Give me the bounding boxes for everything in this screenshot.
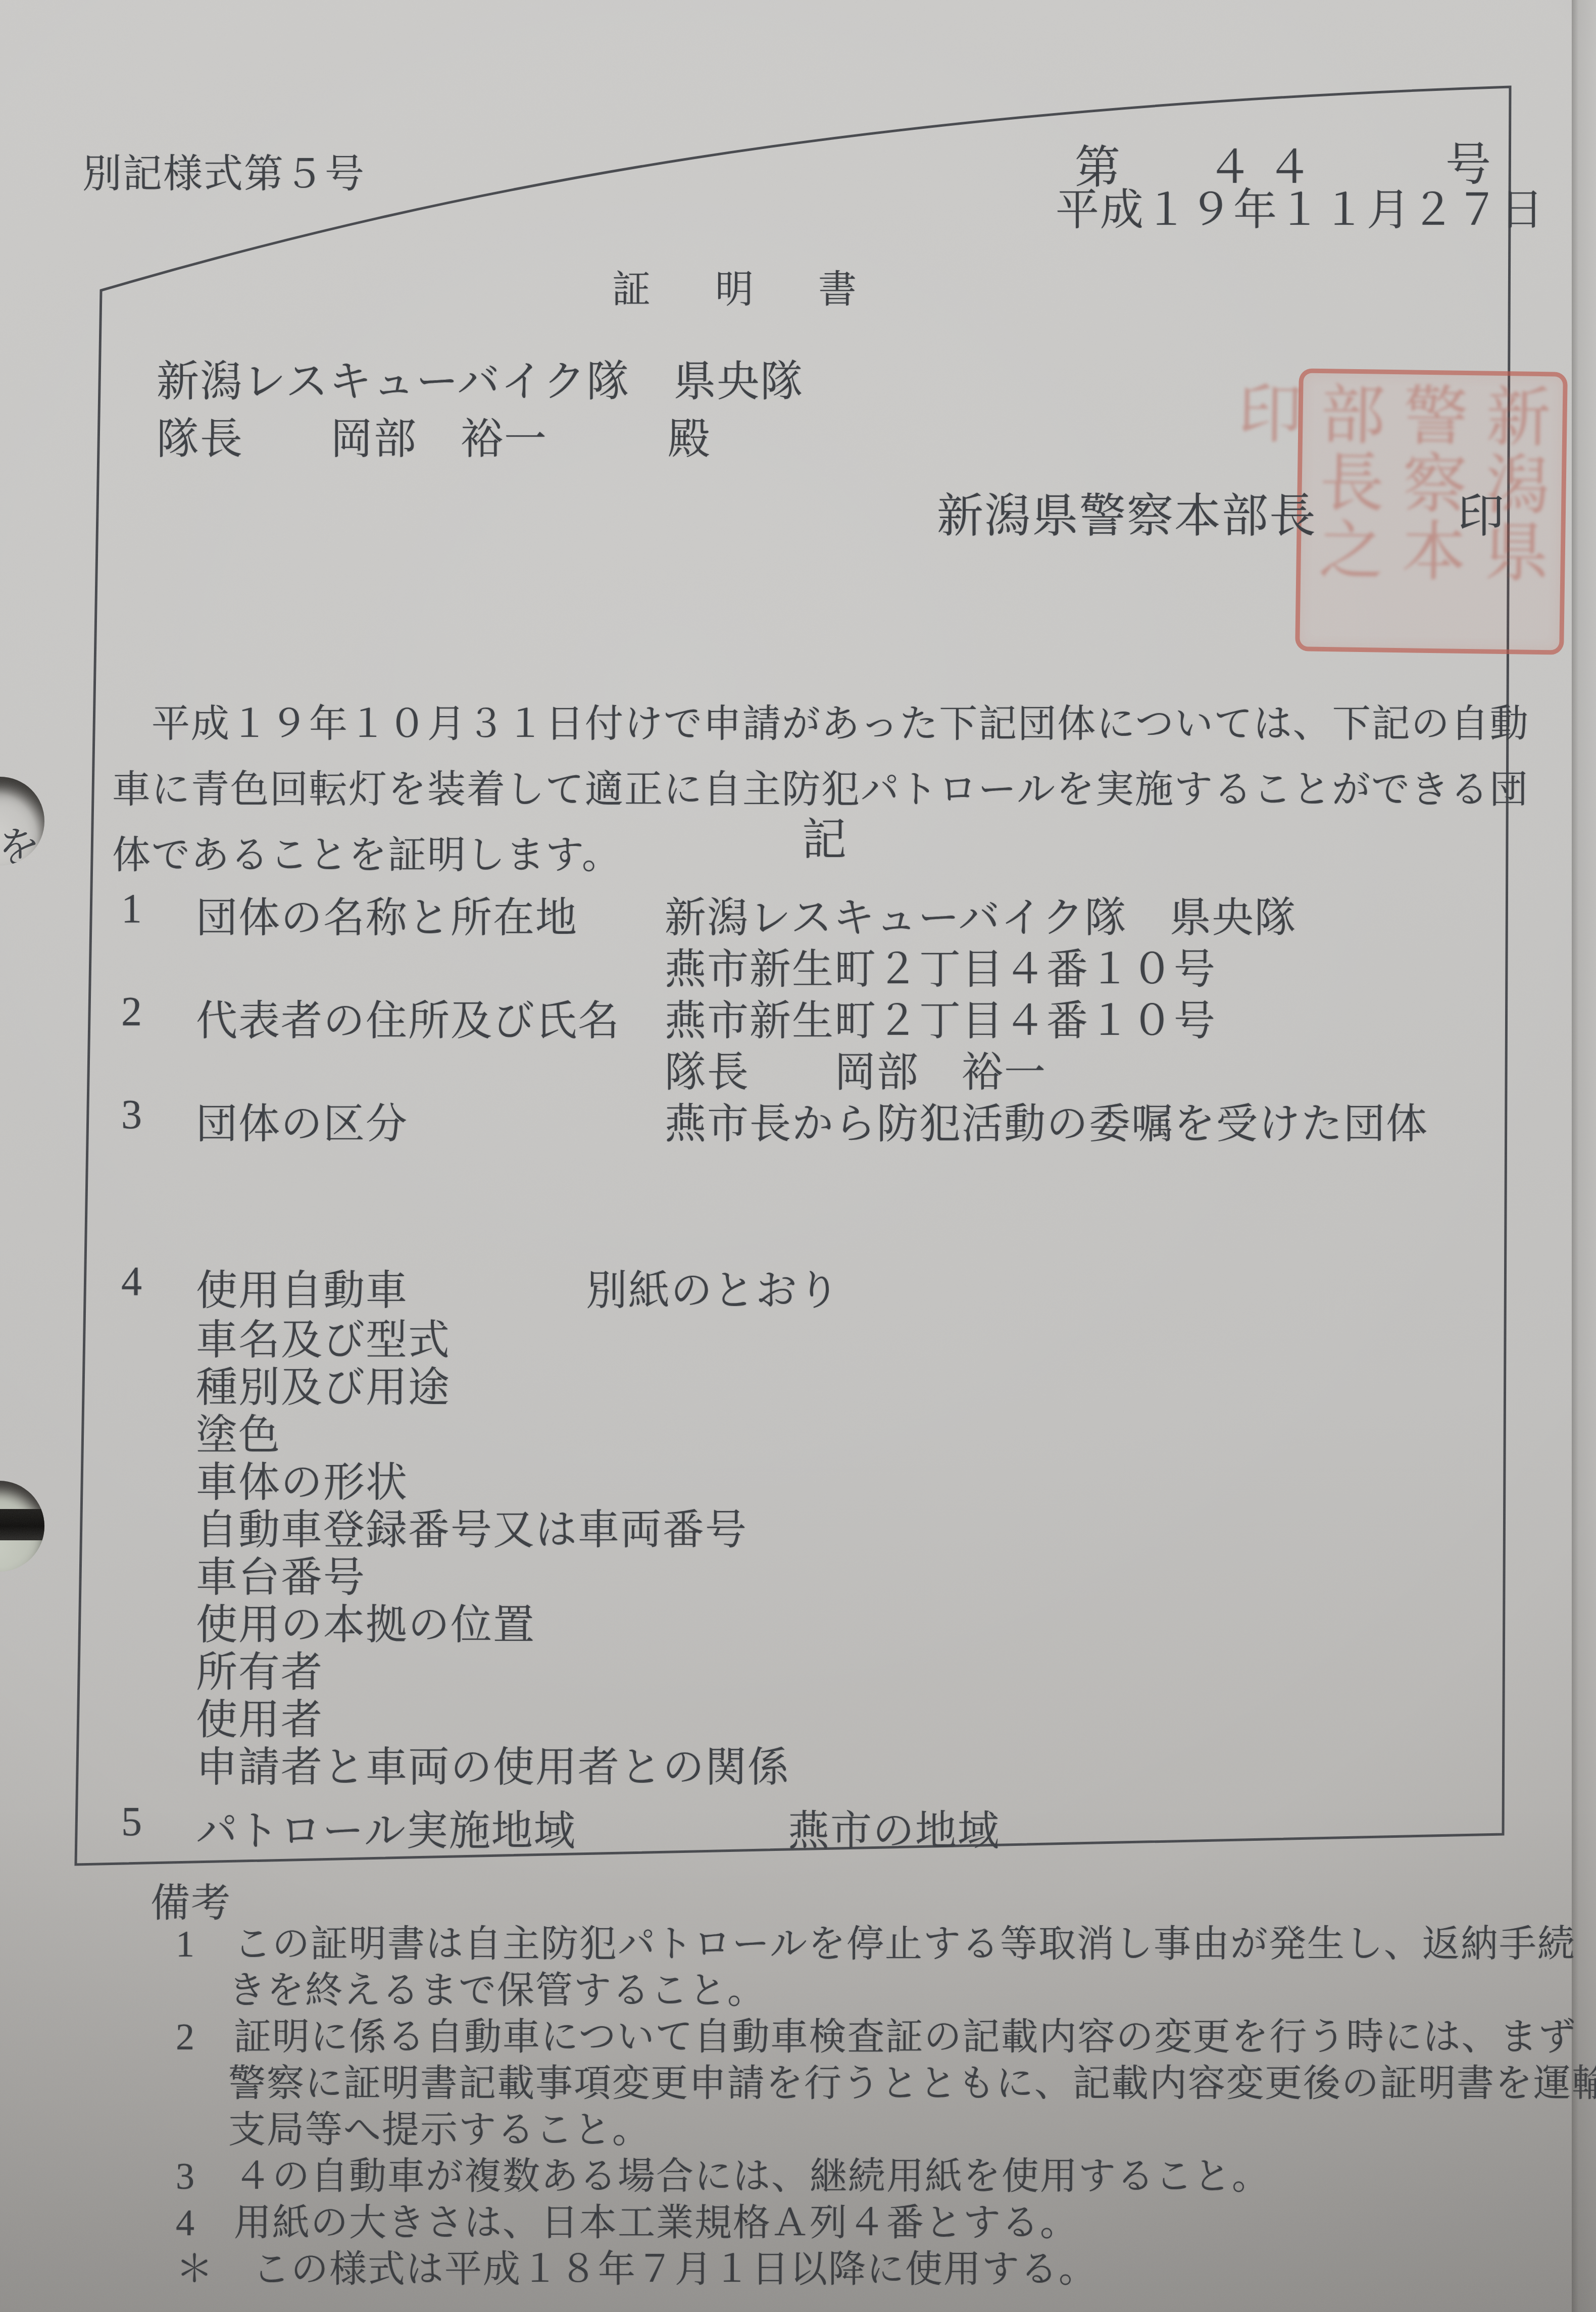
item-3-value-1: 燕市長から防犯活動の委嘱を受けた団体 <box>665 1091 1428 1150</box>
issue-date: 平成１９年１１月２７日 <box>1056 175 1544 237</box>
remark-line-1: きを終えるまで保管すること。 <box>228 1961 766 2014</box>
remark-line-2: 2 証明に係る自動車について自動車検査証の記載内容の変更を行う時には、まず <box>176 2007 1577 2060</box>
body-line-1: 平成１９年１０月３１日付けで申請があった下記団体については、下記の自動 <box>112 693 1529 748</box>
seal-label: 印 <box>1458 479 1505 545</box>
remark-line-3: 警察に証明書記載事項変更申請を行うとともに、記載内容変更後の証明書を運輸 <box>228 2053 1596 2107</box>
item-5-number: 5 <box>121 1798 143 1845</box>
item-1-label: 団体の名称と所在地 <box>196 885 578 944</box>
punch-hole-char: を <box>0 814 40 866</box>
item-4-number: 4 <box>121 1258 143 1305</box>
item-1-value-2: 燕市新生町２丁目４番１０号 <box>665 936 1216 995</box>
doc-title: 証 明 書 <box>612 259 870 314</box>
item-2-value-1: 燕市新生町２丁目４番１０号 <box>665 988 1216 1047</box>
addressee-honorific: 殿 <box>668 405 711 466</box>
page-label: 別記様式第５号 <box>82 142 365 199</box>
item-2-number: 2 <box>121 988 143 1035</box>
binder-ring-shadow <box>0 1509 44 1540</box>
body-line-3: 体であることを証明します。 <box>112 824 621 879</box>
remark-line-7: ＊ この様式は平成１８年７月１日以降に使用する。 <box>176 2239 1097 2293</box>
item-3-number: 3 <box>121 1091 143 1138</box>
item-4-sublabel-9: 申請者と車両の使用者との関係 <box>196 1734 790 1793</box>
item-4-value-1: 別紙のとおり <box>586 1258 840 1317</box>
item-5-value-1: 燕市の地域 <box>788 1798 1000 1857</box>
remark-line-5: 3 ４の自動車が複数ある場合には、継続用紙を使用すること。 <box>176 2146 1270 2200</box>
official-stamp: 新潟県警察本部長之印 <box>1295 368 1568 655</box>
item-2-value-2: 隊長 岡部 裕一 <box>665 1039 1046 1098</box>
remark-line-4: 支局等へ提示すること。 <box>228 2100 651 2153</box>
addressee-line1: 新潟レスキューバイク隊 県央隊 <box>157 347 804 409</box>
remark-line-6: 4 用紙の大きさは、日本工業規格Ａ列４番とする。 <box>176 2193 1078 2246</box>
item-5-label: パトロール実施地域 <box>196 1798 576 1857</box>
item-3-label: 団体の区分 <box>196 1091 408 1150</box>
item-1-number: 1 <box>121 885 143 932</box>
item-1-value-1: 新潟レスキューバイク隊 県央隊 <box>665 885 1297 944</box>
issuer-name: 新潟県警察本部長 <box>937 479 1317 545</box>
paper-edge <box>1572 0 1596 2312</box>
scanned-certificate-page: 別記様式第５号 第 ４４ 号 平成１９年１１月２７日 証 明 書 新潟レスキュー… <box>0 0 1596 2312</box>
ki-marker: 記 <box>802 804 847 868</box>
remark-line-0: 1 この証明書は自主防犯パトロールを停止する等取消し事由が発生し、返納手続 <box>176 1914 1576 1968</box>
item-2-label: 代表者の住所及び氏名 <box>196 988 620 1047</box>
addressee-line2: 隊長 岡部 裕一 <box>157 405 547 466</box>
